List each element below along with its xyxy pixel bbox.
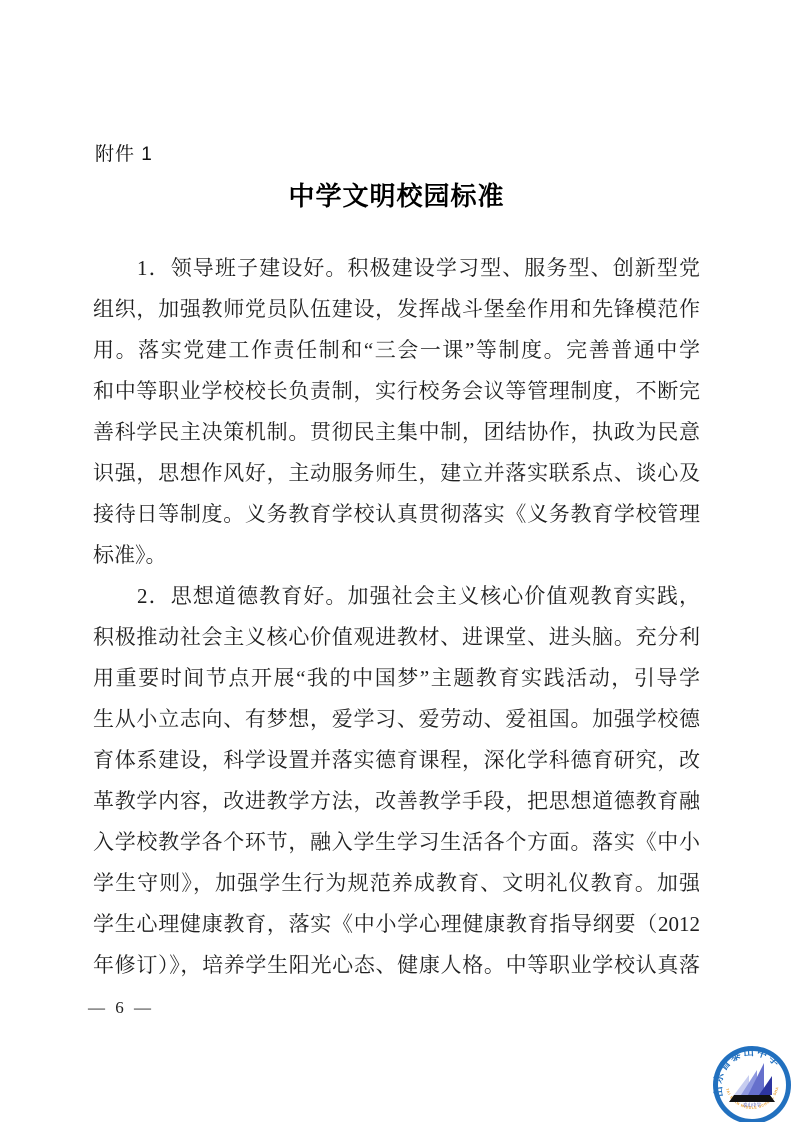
page-number: — 6 — [88, 998, 154, 1018]
body-line: 用重要时间节点开展“我的中国梦”主题教育实践活动，引导学 [93, 658, 700, 699]
seal-base-caption: 泰山中学 [743, 1102, 761, 1109]
document-title: 中学文明校园标准 [0, 176, 793, 213]
body-line: 和中等职业学校校长负责制，实行校务会议等管理制度，不断完 [93, 371, 700, 412]
body-line: 革教学内容，改进教学方法，改善教学手段，把思想道德教育融 [93, 781, 700, 822]
body-line: 年修订）》，培养学生阳光心态、健康人格。中等职业学校认真落 [93, 945, 700, 986]
document-body: 1．领导班子建设好。积极建设学习型、服务型、创新型党 组织，加强教师党员队伍建设… [93, 248, 700, 986]
school-seal-logo: 山东省泰山中学 TAI SHAN MIDDLE SCHOOL SHANDONG … [712, 1045, 792, 1122]
body-paragraph: 2．思想道德教育好。加强社会主义核心价值观教育实践， 积极推动社会主义核心价值观… [93, 576, 700, 986]
body-line: 生从小立志向、有梦想，爱学习、爱劳动、爱祖国。加强学校德 [93, 699, 700, 740]
body-paragraph: 1．领导班子建设好。积极建设学习型、服务型、创新型党 组织，加强教师党员队伍建设… [93, 248, 700, 576]
body-line: 学生心理健康教育，落实《中小学心理健康教育指导纲要（2012 [93, 904, 700, 945]
attachment-label: 附件 1 [95, 139, 153, 166]
school-seal-icon: 山东省泰山中学 TAI SHAN MIDDLE SCHOOL SHANDONG … [712, 1045, 792, 1122]
document-page: 附件 1 中学文明校园标准 1．领导班子建设好。积极建设学习型、服务型、创新型党… [0, 0, 793, 1122]
body-line: 入学校教学各个环节，融入学生学习生活各个方面。落实《中小 [93, 822, 700, 863]
body-line: 识强，思想作风好，主动服务师生，建立并落实联系点、谈心及 [93, 453, 700, 494]
body-line: 学生守则》，加强学生行为规范养成教育、文明礼仪教育。加强 [93, 863, 700, 904]
body-line: 组织，加强教师党员队伍建设，发挥战斗堡垒作用和先锋模范作 [93, 289, 700, 330]
body-line: 善科学民主决策机制。贯彻民主集中制，团结协作，执政为民意 [93, 412, 700, 453]
body-line: 用。落实党建工作责任制和“三会一课”等制度。完善普通中学 [93, 330, 700, 371]
body-line: 标准》。 [93, 535, 700, 576]
body-line: 2．思想道德教育好。加强社会主义核心价值观教育实践， [93, 576, 700, 617]
body-line: 1．领导班子建设好。积极建设学习型、服务型、创新型党 [93, 248, 700, 289]
body-line: 接待日等制度。义务教育学校认真贯彻落实《义务教育学校管理 [93, 494, 700, 535]
body-line: 育体系建设，科学设置并落实德育课程，深化学科德育研究，改 [93, 740, 700, 781]
body-line: 积极推动社会主义核心价值观进教材、进课堂、进头脑。充分利 [93, 617, 700, 658]
